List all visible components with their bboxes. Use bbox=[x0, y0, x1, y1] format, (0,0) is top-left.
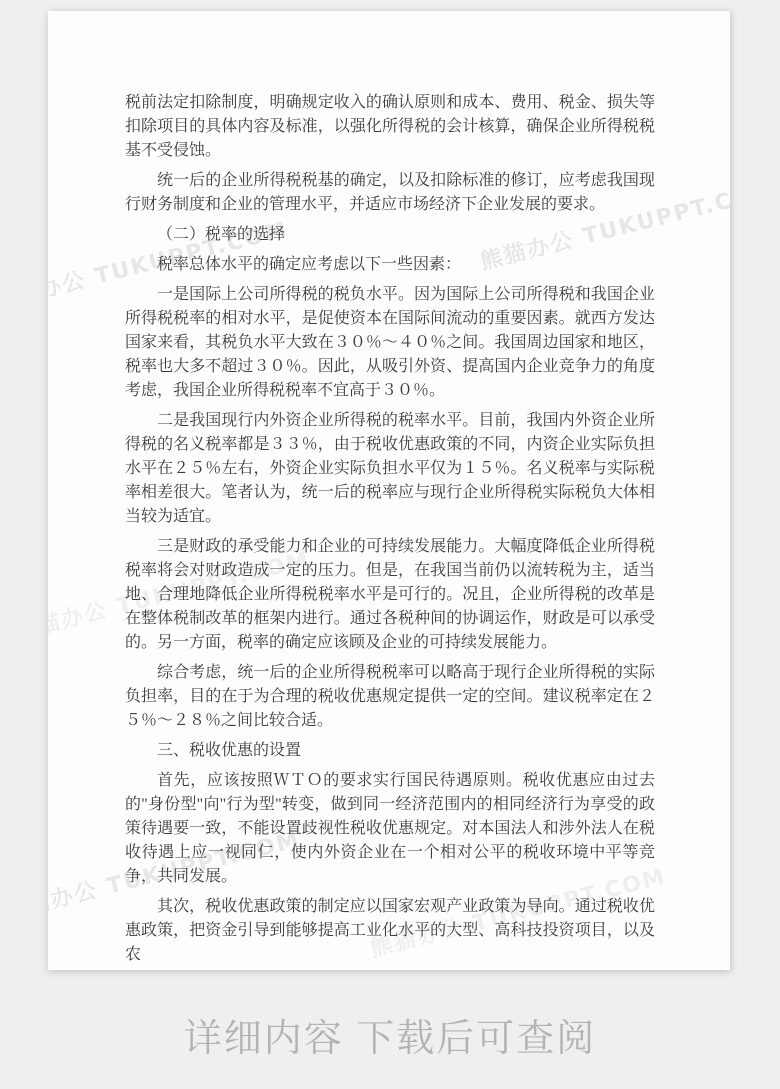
paragraph: 首先，应该按照ＷＴＯ的要求实行国民待遇原则。税收优惠应由过去的"身份型"向"行为… bbox=[125, 769, 655, 889]
document-page: 熊猫办公 TUKUPPT.COM 熊猫办公 TUKUPPT.COM 熊猫办公 T… bbox=[48, 11, 730, 970]
paragraph: 二是我国现行内外资企业所得税的税率水平。目前，我国内外资企业所得税的名义税率都是… bbox=[125, 409, 655, 529]
paragraph: 综合考虑，统一后的企业所得税税率可以略高于现行企业所得税的实际负担率，目的在于为… bbox=[125, 661, 655, 733]
preview-canvas: 熊猫办公 TUKUPPT.COM 熊猫办公 TUKUPPT.COM 熊猫办公 T… bbox=[0, 0, 780, 1089]
paragraph: 税率总体水平的确定应考虑以下一些因素： bbox=[125, 253, 655, 277]
paragraph: 一是国际上公司所得税的税负水平。因为国际上公司所得税和我国企业所得税税率的相对水… bbox=[125, 283, 655, 403]
paragraph: 三是财政的承受能力和企业的可持续发展能力。大幅度降低企业所得税税率将会对财政造成… bbox=[125, 535, 655, 655]
section-heading: （二）税率的选择 bbox=[125, 223, 655, 247]
paragraph: 税前法定扣除制度，明确规定收入的确认原则和成本、费用、税金、损失等扣除项目的具体… bbox=[125, 91, 655, 163]
paragraph: 其次，税收优惠政策的制定应以国家宏观产业政策为导向。通过税收优惠政策，把资金引导… bbox=[125, 895, 655, 967]
document-body: 税前法定扣除制度，明确规定收入的确认原则和成本、费用、税金、损失等扣除项目的具体… bbox=[125, 91, 655, 970]
paragraph: 统一后的企业所得税税基的确定，以及扣除标准的修订，应考虑我国现行财务制度和企业的… bbox=[125, 169, 655, 217]
download-hint-text: 详细内容 下载后可查阅 bbox=[0, 1016, 780, 1062]
section-heading: 三、税收优惠的设置 bbox=[125, 739, 655, 763]
